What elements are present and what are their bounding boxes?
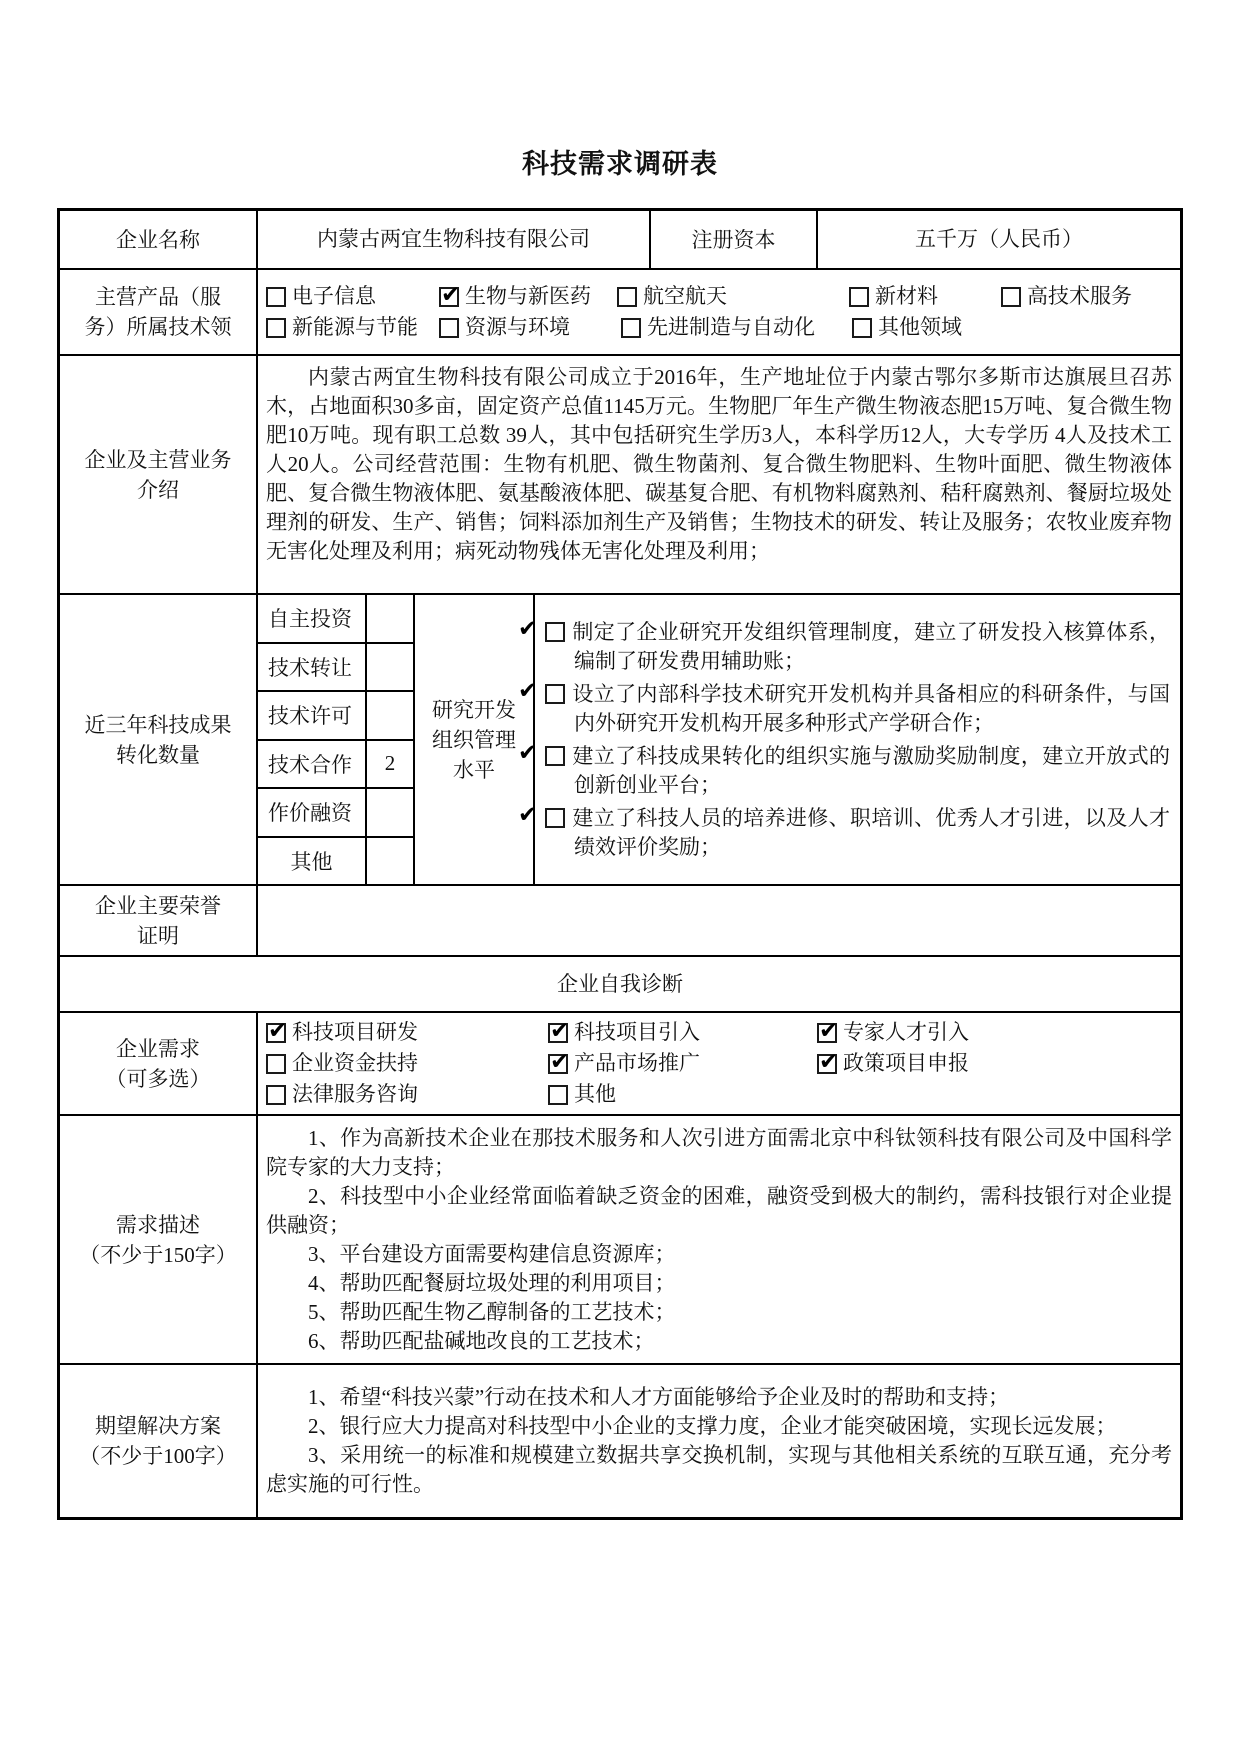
subrow-value: 2 — [367, 741, 413, 788]
needs-label: 企业需求 （可多选） — [60, 1013, 258, 1114]
subrow-value — [367, 789, 413, 836]
checkbox-label: 先进制造与自动化 — [647, 312, 815, 343]
row-needs: 企业需求 （可多选） 科技项目研发 科技项目引入 专家人才引入 企业资金扶持 产… — [60, 1013, 1180, 1116]
demand-desc-list: 1、作为高新技术企业在那技术服务和人次引进方面需北京中科钛领科技有限公司及中国科… — [258, 1116, 1180, 1363]
option-electronic-info: 电子信息 — [266, 281, 439, 312]
option-new-energy: 新能源与节能 — [266, 312, 439, 343]
checkbox-label: 新材料 — [875, 281, 938, 312]
tech-field-line2: 新能源与节能 资源与环境 先进制造与自动化 其他领域 — [266, 312, 1176, 343]
demand-desc-label: 需求描述 （不少于150字） — [60, 1116, 258, 1363]
achievements-label: 近三年科技成果 转化数量 — [60, 595, 258, 884]
subrow-label: 自主投资 — [258, 595, 367, 642]
option-other: 其他 — [548, 1079, 616, 1110]
checkbox-label: 专家人才引入 — [843, 1017, 969, 1048]
option-bio-medicine: 生物与新医药 — [439, 281, 617, 312]
rd-management-label: 研究开发 组织管理 水平 — [415, 595, 535, 884]
row-business-intro: 企业及主营业务 介绍 内蒙古两宜生物科技有限公司成立于2016年，生产地址位于内… — [60, 356, 1180, 595]
subrow-value — [367, 838, 413, 885]
demand-item: 1、作为高新技术企业在那技术服务和人次引进方面需北京中科钛领科技有限公司及中国科… — [266, 1124, 1172, 1182]
checkbox-icon[interactable] — [266, 287, 286, 307]
demand-item: 2、科技型中小企业经常面临着缺乏资金的困难，融资受到极大的制约，需科技银行对企业… — [266, 1182, 1172, 1240]
expected-solution-list: 1、希望“科技兴蒙”行动在技术和人才方面能够给予企业及时的帮助和支持； 2、银行… — [258, 1365, 1180, 1517]
honors-label: 企业主要荣誉 证明 — [60, 886, 258, 955]
checkbox-icon[interactable] — [266, 1054, 286, 1074]
needs-options: 科技项目研发 科技项目引入 专家人才引入 企业资金扶持 产品市场推广 政策项目申… — [258, 1013, 1180, 1114]
option-rd-project: 科技项目研发 — [266, 1017, 548, 1048]
subrow-tech-cooperation: 技术合作 2 — [258, 741, 413, 790]
checkbox-label: 其他 — [574, 1079, 616, 1110]
row-tech-field: 主营产品（服 务）所属技术领 电子信息 生物与新医药 航空航天 新材料 高技术服… — [60, 270, 1180, 356]
row-self-diagnosis: 企业自我诊断 — [60, 957, 1180, 1013]
subrow-valuation-financing: 作价融资 — [258, 789, 413, 838]
row-honors: 企业主要荣誉 证明 — [60, 886, 1180, 957]
checkbox-label: 企业资金扶持 — [292, 1048, 418, 1079]
option-funding-support: 企业资金扶持 — [266, 1048, 548, 1079]
checkbox-label: 其他领域 — [878, 312, 962, 343]
demand-item: 4、帮助匹配餐厨垃圾处理的利用项目； — [266, 1269, 1172, 1298]
option-policy-application: 政策项目申报 — [817, 1048, 969, 1079]
demand-desc-cell: 1、作为高新技术企业在那技术服务和人次引进方面需北京中科钛领科技有限公司及中国科… — [258, 1116, 1180, 1363]
option-project-introduction: 科技项目引入 — [548, 1017, 817, 1048]
tech-field-line1: 电子信息 生物与新医药 航空航天 新材料 高技术服务 — [266, 281, 1176, 312]
checkbox-label: 产品市场推广 — [574, 1048, 700, 1079]
checkbox-label: 电子信息 — [292, 281, 376, 312]
subrow-tech-transfer: 技术转让 — [258, 644, 413, 693]
option-legal-consulting: 法律服务咨询 — [266, 1079, 548, 1110]
subrow-label: 其他 — [258, 838, 367, 885]
company-name-value: 内蒙古两宜生物科技有限公司 — [258, 211, 651, 268]
checkbox-icon[interactable] — [545, 622, 565, 642]
rd-item: 设立了内部科学技术研究开发机构并具备相应的科研条件，与国内外研究开发机构开展多种… — [545, 680, 1170, 738]
checkbox-label: 资源与环境 — [465, 312, 570, 343]
subrow-label: 技术转让 — [258, 644, 367, 691]
checkbox-icon[interactable] — [817, 1054, 837, 1074]
subrow-value — [367, 595, 413, 642]
expected-solution-cell: 1、希望“科技兴蒙”行动在技术和人才方面能够给予企业及时的帮助和支持； 2、银行… — [258, 1365, 1180, 1517]
option-hightech-service: 高技术服务 — [1001, 281, 1132, 312]
demand-item: 6、帮助匹配盐碱地改良的工艺技术； — [266, 1327, 1172, 1356]
subrow-label: 技术合作 — [258, 741, 367, 788]
solution-item: 1、希望“科技兴蒙”行动在技术和人才方面能够给予企业及时的帮助和支持； — [266, 1383, 1172, 1412]
subrow-tech-license: 技术许可 — [258, 692, 413, 741]
checkbox-icon[interactable] — [548, 1054, 568, 1074]
checkbox-icon[interactable] — [621, 318, 641, 338]
option-new-materials: 新材料 — [849, 281, 1001, 312]
expected-solution-label: 期望解决方案 （不少于100字） — [60, 1365, 258, 1517]
solution-item: 3、采用统一的标准和规模建立数据共享交换机制，实现与其他相关系统的互联互通，充分… — [266, 1441, 1172, 1499]
subrow-self-investment: 自主投资 — [258, 595, 413, 644]
survey-form-page: 科技需求调研表 企业名称 内蒙古两宜生物科技有限公司 注册资本 五千万（人民币）… — [0, 0, 1240, 1753]
rd-management-items: 制定了企业研究开发组织管理制度，建立了研发投入核算体系，编制了研发费用辅助账； … — [535, 595, 1180, 884]
checkbox-icon[interactable] — [548, 1085, 568, 1105]
checkbox-icon[interactable] — [266, 318, 286, 338]
business-intro-text: 内蒙古两宜生物科技有限公司成立于2016年，生产地址位于内蒙古鄂尔多斯市达旗展旦… — [258, 356, 1180, 566]
checkbox-icon[interactable] — [852, 318, 872, 338]
tech-field-options: 电子信息 生物与新医药 航空航天 新材料 高技术服务 新能源与节能 资源与环境 … — [258, 270, 1180, 354]
subrow-label: 技术许可 — [258, 692, 367, 739]
honors-value — [258, 886, 1180, 955]
achievements-subtable: 自主投资 技术转让 技术许可 技术合作 2 作价融资 — [258, 595, 415, 884]
checkbox-icon[interactable] — [439, 287, 459, 307]
checkbox-icon[interactable] — [849, 287, 869, 307]
demand-item: 3、平台建设方面需要构建信息资源库； — [266, 1240, 1172, 1269]
option-market-promotion: 产品市场推广 — [548, 1048, 817, 1079]
registered-capital-label: 注册资本 — [651, 211, 818, 268]
demand-item: 5、帮助匹配生物乙醇制备的工艺技术； — [266, 1298, 1172, 1327]
rd-item: 建立了科技人员的培养进修、职培训、优秀人才引进，以及人才绩效评价奖励； — [545, 804, 1170, 862]
subrow-value — [367, 692, 413, 739]
survey-table: 企业名称 内蒙古两宜生物科技有限公司 注册资本 五千万（人民币） 主营产品（服 … — [57, 208, 1183, 1520]
checkbox-icon[interactable] — [545, 746, 565, 766]
solution-item: 2、银行应大力提高对科技型中小企业的支撑力度，企业才能突破困境，实现长远发展； — [266, 1412, 1172, 1441]
checkbox-icon[interactable] — [266, 1085, 286, 1105]
checkbox-icon[interactable] — [266, 1023, 286, 1043]
checkbox-icon[interactable] — [545, 808, 565, 828]
needs-line2: 企业资金扶持 产品市场推广 政策项目申报 — [266, 1048, 1176, 1079]
checkbox-label: 高技术服务 — [1027, 281, 1132, 312]
rd-item-text: 设立了内部科学技术研究开发机构并具备相应的科研条件，与国内外研究开发机构开展多种… — [572, 682, 1170, 735]
checkbox-label: 科技项目引入 — [574, 1017, 700, 1048]
checkbox-icon[interactable] — [817, 1023, 837, 1043]
option-aerospace: 航空航天 — [617, 281, 849, 312]
subrow-value — [367, 644, 413, 691]
option-other-fields: 其他领域 — [852, 312, 962, 343]
subrow-other: 其他 — [258, 838, 413, 885]
row-demand-desc: 需求描述 （不少于150字） 1、作为高新技术企业在那技术服务和人次引进方面需北… — [60, 1116, 1180, 1365]
checkbox-icon[interactable] — [1001, 287, 1021, 307]
option-advanced-manufacturing: 先进制造与自动化 — [621, 312, 852, 343]
checkbox-label: 法律服务咨询 — [292, 1079, 418, 1110]
rd-item-text: 建立了科技成果转化的组织实施与激励奖励制度，建立开放式的创新创业平台； — [572, 744, 1170, 797]
tech-field-label: 主营产品（服 务）所属技术领 — [60, 270, 258, 354]
row-company-basic: 企业名称 内蒙古两宜生物科技有限公司 注册资本 五千万（人民币） — [60, 211, 1180, 270]
option-resources-env: 资源与环境 — [439, 312, 621, 343]
needs-line3: 法律服务咨询 其他 — [266, 1079, 1176, 1110]
checkbox-icon[interactable] — [617, 287, 637, 307]
subrow-label: 作价融资 — [258, 789, 367, 836]
checkbox-label: 航空航天 — [643, 281, 727, 312]
business-intro-cell: 内蒙古两宜生物科技有限公司成立于2016年，生产地址位于内蒙古鄂尔多斯市达旗展旦… — [258, 356, 1180, 593]
self-diagnosis-title: 企业自我诊断 — [60, 957, 1180, 1011]
checkbox-icon[interactable] — [545, 684, 565, 704]
checkbox-icon[interactable] — [548, 1023, 568, 1043]
rd-item: 建立了科技成果转化的组织实施与激励奖励制度，建立开放式的创新创业平台； — [545, 742, 1170, 800]
checkbox-label: 新能源与节能 — [292, 312, 418, 343]
form-title: 科技需求调研表 — [0, 142, 1240, 181]
business-intro-label: 企业及主营业务 介绍 — [60, 356, 258, 593]
checkbox-label: 科技项目研发 — [292, 1017, 418, 1048]
rd-item: 制定了企业研究开发组织管理制度，建立了研发投入核算体系，编制了研发费用辅助账； — [545, 618, 1170, 676]
option-expert-introduction: 专家人才引入 — [817, 1017, 969, 1048]
row-expected-solution: 期望解决方案 （不少于100字） 1、希望“科技兴蒙”行动在技术和人才方面能够给… — [60, 1365, 1180, 1517]
checkbox-label: 政策项目申报 — [843, 1048, 969, 1079]
rd-item-text: 制定了企业研究开发组织管理制度，建立了研发投入核算体系，编制了研发费用辅助账； — [572, 620, 1170, 673]
checkbox-label: 生物与新医药 — [465, 281, 591, 312]
checkbox-icon[interactable] — [439, 318, 459, 338]
row-achievements: 近三年科技成果 转化数量 自主投资 技术转让 技术许可 技术合作 2 — [60, 595, 1180, 886]
needs-line1: 科技项目研发 科技项目引入 专家人才引入 — [266, 1017, 1176, 1048]
rd-item-text: 建立了科技人员的培养进修、职培训、优秀人才引进，以及人才绩效评价奖励； — [572, 806, 1170, 859]
registered-capital-value: 五千万（人民币） — [818, 211, 1180, 268]
company-name-label: 企业名称 — [60, 211, 258, 268]
